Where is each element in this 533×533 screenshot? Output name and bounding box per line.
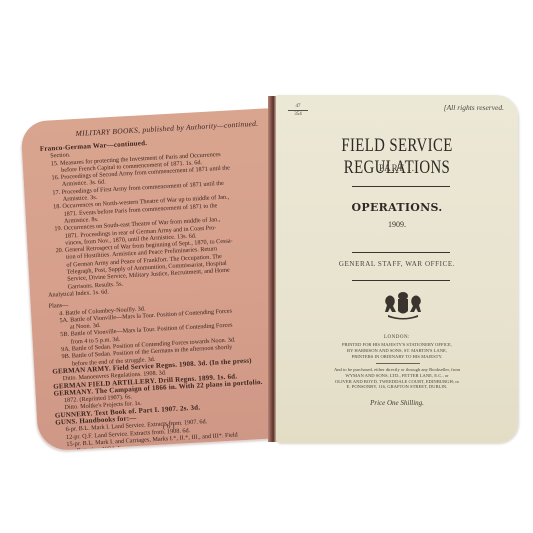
divider-rule [352, 186, 450, 187]
title-page: 47 354 [All rights reserved. FIELD SERVI… [276, 95, 518, 443]
rights-notice: [All rights reserved. [444, 103, 504, 112]
left-page-catalogue: MILITARY BOOKS, published by Authority—c… [20, 108, 290, 452]
catalogue-list: Franco-German War—continued.Section.15. … [40, 133, 285, 451]
divider-rule [352, 280, 450, 281]
publication-year: 1909. [276, 220, 518, 229]
catalogue-entry: Mark IV. Field Batteries. 1904. 1s. [57, 451, 283, 452]
catalogue-mark-top: 47 [296, 104, 301, 109]
part-label: PART I. [276, 163, 518, 173]
catalogue-mark: 47 354 [288, 104, 308, 117]
imprint-printer: PRINTED FOR HIS MAJESTY'S STATIONERY OFF… [276, 342, 518, 359]
imprint-city: LONDON: [276, 335, 518, 340]
seller-line: E. PONSONBY, 116, GRAFTON STREET, DUBLIN… [276, 384, 518, 390]
catalogue-mark-bottom: 354 [294, 112, 302, 117]
author-line: GENERAL STAFF, WAR OFFICE. [276, 260, 518, 268]
divider-rule [376, 363, 420, 364]
subtitle: OPERATIONS. [276, 201, 518, 214]
open-book: MILITARY BOOKS, published by Authority—c… [0, 0, 533, 533]
divider-rule [352, 252, 450, 253]
imprint-sellers: And to be purchased, either directly or … [276, 367, 518, 390]
imprint-line: PRINTERS IN ORDINARY TO HIS MAJESTY. [276, 354, 518, 360]
price: Price One Shilling. [276, 399, 518, 407]
royal-crest-icon [378, 290, 428, 320]
